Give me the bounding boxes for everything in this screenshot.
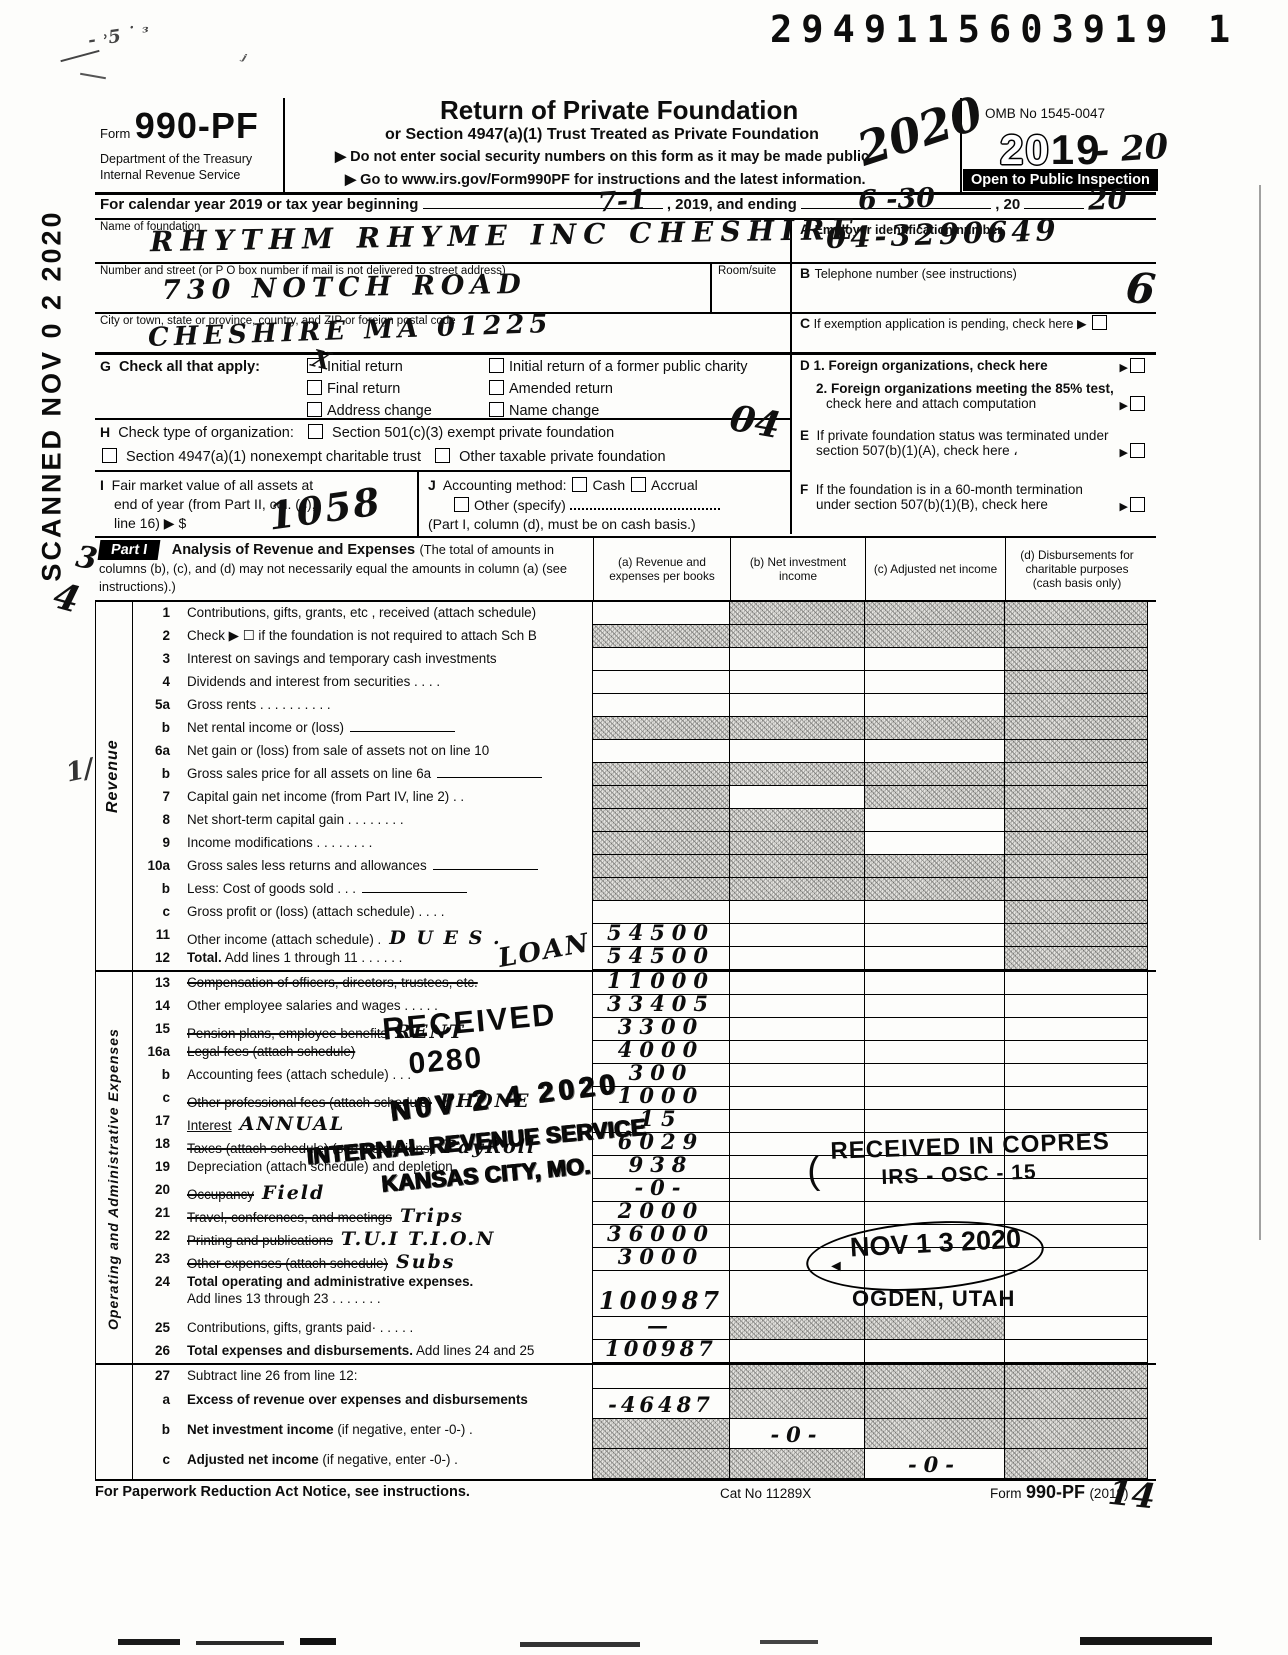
row-label: Dividends and interest from securities .… [187, 674, 440, 689]
amount-cell-c [865, 1340, 1005, 1363]
row-label-cell: Contributions, gifts, grants paid· . . .… [177, 1317, 593, 1340]
table-row: 9Income modifications . . . . . . . . [95, 832, 1156, 855]
amount-cell-d [1005, 1271, 1148, 1317]
row-number: 27 [133, 1365, 177, 1389]
amount-cell-a [593, 855, 730, 878]
barcode-number: 2949115603919 1 [770, 8, 1239, 51]
amount-cell-b [730, 901, 865, 924]
room-suite-label: Room/suite [718, 265, 776, 277]
amount-cell-c [865, 602, 1005, 625]
checkbox-final-return [307, 380, 322, 395]
row-number: b [133, 1419, 177, 1449]
dept-line1: Department of the Treasury [100, 152, 252, 168]
kc-stamp-code: 0280 [407, 1041, 484, 1081]
amount-cell-b: -0- [730, 1419, 865, 1449]
scan-artifact [196, 1641, 284, 1645]
amount-cell-a: 100987 [593, 1340, 730, 1363]
row-number: 15 [133, 1018, 177, 1041]
amount-cell-b [730, 740, 865, 763]
row-label-cell: Total expenses and disbursements. Add li… [177, 1340, 593, 1363]
form-number-block: Form 990-PF [100, 105, 259, 147]
h-opt2: Section 4947(a)(1) nonexempt charitable … [126, 449, 421, 465]
part1-col-header-d: (d) Disbursements for charitable purpose… [1005, 538, 1148, 600]
amount-cell-b [730, 1018, 865, 1041]
j-accrual: Accrual [651, 477, 698, 493]
d1-text: 1. Foreign organizations, check here [814, 358, 1048, 373]
amount-cell-d [1005, 947, 1148, 970]
amount-cell-b [730, 1179, 865, 1202]
handwritten-amount: 54500 [593, 920, 729, 945]
amount-cell-d [1005, 924, 1148, 947]
amount-cell-c [865, 717, 1005, 740]
handwritten-street: 730 NOTCH ROAD [162, 271, 527, 304]
handwritten-annotation: Subs [396, 1251, 456, 1273]
row-label-cell: Interest on savings and temporary cash i… [177, 648, 593, 671]
amount-cell-b [730, 855, 865, 878]
room-suite-divider [710, 262, 712, 312]
scan-artifact [1259, 185, 1261, 1240]
ogden-stamp-city: OGDEN, UTAH [852, 1286, 1015, 1312]
row-label-cell: Contributions, gifts, grants, etc , rece… [177, 602, 593, 625]
amount-cell-c [865, 1087, 1005, 1110]
row-label: Income modifications . . . . . . . . [187, 835, 372, 850]
amount-cell-a [593, 809, 730, 832]
table-row: bNet investment income (if negative, ent… [95, 1419, 1156, 1449]
row-label-cell: Less: Cost of goods sold . . . [177, 878, 593, 901]
part1-col-header-b: (b) Net investment income [730, 538, 865, 600]
row-label: (if negative, enter -0-) . [319, 1452, 458, 1467]
exemption-pending-checkbox [1092, 315, 1107, 330]
amount-cell-c [865, 1018, 1005, 1041]
handwritten-year-suffix: - 20 [1094, 129, 1169, 168]
amount-cell-c [865, 809, 1005, 832]
row-number: 3 [133, 648, 177, 671]
amount-cell-a [593, 740, 730, 763]
amount-cell-c [865, 786, 1005, 809]
amount-cell-b [730, 809, 865, 832]
g-option-final-return: Final return [305, 378, 432, 400]
section-letter-h: H [100, 424, 110, 440]
part1-col-header-c: (c) Adjusted net income [865, 538, 1005, 600]
row-label-cell: Total operating and administrative expen… [177, 1271, 593, 1317]
table-row: 5aGross rents . . . . . . . . . . [95, 694, 1156, 717]
amount-cell-c [865, 924, 1005, 947]
row-number: 26 [133, 1340, 177, 1363]
row-number: 8 [133, 809, 177, 832]
amount-cell-b [730, 1064, 865, 1087]
part1-title-cell: Part I Analysis of Revenue and Expenses … [95, 538, 593, 600]
handwritten-title-year: 2020 [852, 89, 988, 172]
row-label-lead: Total expenses and disbursements. [187, 1343, 413, 1358]
kc-received-stamp: RECEIVED 0280 N0V 2 4 2020 INTERNAL REVE… [286, 977, 734, 1244]
checkbox-address-change [307, 402, 322, 417]
amount-cell-c [865, 625, 1005, 648]
f-section: F If the foundation is in a 60-month ter… [800, 482, 1150, 513]
exemption-pending-line: C If exemption application is pending, c… [800, 315, 1112, 331]
d-line2: 2. Foreign organizations meeting the 85%… [800, 381, 1150, 411]
g-option-label: Address change [327, 403, 432, 419]
j-section: J Accounting method: Cash Accrual Other … [428, 476, 788, 535]
g-line: G Check all that apply: [100, 358, 260, 375]
row-label-cell: Gross profit or (loss) (attach schedule)… [177, 901, 593, 924]
side-label-expenses: Operating and Administrative Expenses [96, 964, 130, 1394]
amount-cell-b [730, 1365, 865, 1389]
amount-cell-d [1005, 1317, 1148, 1340]
table-row: 1Contributions, gifts, grants, etc , rec… [95, 602, 1156, 625]
calendar-suffix: , 20 [995, 196, 1020, 213]
amount-cell-a [593, 1365, 730, 1389]
handwritten-amount: -46487 [593, 1392, 729, 1417]
form-title: Return of Private Foundation [440, 95, 798, 126]
amount-cell-b [730, 786, 865, 809]
amount-cell-b [730, 1110, 865, 1133]
j-label: Accounting method: [443, 477, 567, 493]
amount-cell-c [865, 855, 1005, 878]
amount-cell-d [1005, 878, 1148, 901]
amount-cell-d [1005, 763, 1148, 786]
table-row: 7Capital gain net income (from Part IV, … [95, 786, 1156, 809]
checkbox-other-taxable [435, 448, 450, 463]
checkbox-85-test [1130, 396, 1145, 411]
row-number: c [133, 901, 177, 924]
checkbox-other-method [454, 497, 469, 512]
amount-cell-b [730, 947, 865, 970]
row-label: Net rental income or (loss) [187, 720, 344, 735]
row-label-cell: Capital gain net income (from Part IV, l… [177, 786, 593, 809]
part1-badge: Part I [98, 540, 161, 560]
row-number: 21 [133, 1202, 177, 1225]
row-label-cell: Net gain or (loss) from sale of assets n… [177, 740, 593, 763]
row-number: 7 [133, 786, 177, 809]
amount-cell-b [730, 1202, 865, 1225]
form-word: Form [100, 126, 130, 141]
exemption-pending-text: If exemption application is pending, che… [814, 317, 1087, 331]
amount-cell-d [1005, 1340, 1148, 1363]
amount-cell-d [1005, 855, 1148, 878]
amount-cell-d [1005, 832, 1148, 855]
amount-cell-a [593, 671, 730, 694]
j-cash: Cash [592, 477, 625, 493]
handwritten-c-mark: 6 [1124, 267, 1157, 312]
scan-artifact [300, 1638, 336, 1645]
row-number: 18 [133, 1133, 177, 1156]
open-to-public-badge: Open to Public Inspection [963, 169, 1158, 191]
handwritten-year-yy: 20 [1088, 185, 1128, 214]
amount-cell-c: -0- [865, 1449, 1005, 1479]
tax-year: 2019 [1000, 126, 1101, 174]
amount-cell-b [730, 972, 865, 995]
amount-cell-a [593, 1449, 730, 1479]
form-number: 990-PF [135, 105, 259, 146]
g-option-label: Initial return [327, 359, 403, 375]
amount-cell-a: 54500 [593, 947, 730, 970]
section-letter-c: C [800, 315, 810, 331]
row-label: Other income (attach schedule) . [187, 932, 381, 947]
paperwork-notice: For Paperwork Reduction Act Notice, see … [95, 1484, 470, 1500]
row-number: 2 [133, 625, 177, 648]
g-option-label: Initial return of a former public charit… [509, 359, 748, 375]
row-label: Add lines 1 through 11 . . . . . . [222, 950, 403, 965]
amount-cell-a [593, 878, 730, 901]
handwritten-left-mark: 1/ [64, 755, 96, 786]
j-other: Other (specify) [474, 497, 566, 513]
amount-cell-c [865, 1317, 1005, 1340]
table-row: bNet rental income or (loss) [95, 717, 1156, 740]
checkbox-initial-former [489, 358, 504, 373]
d2a-text: 2. Foreign organizations meeting the 85%… [816, 381, 1114, 396]
checkbox-4947 [102, 448, 117, 463]
row-label: Less: Cost of goods sold . . . [187, 881, 356, 896]
catalog-number: Cat No 11289X [720, 1486, 811, 1501]
row-label-cell: Adjusted net income (if negative, enter … [177, 1449, 593, 1479]
table-row: 4Dividends and interest from securities … [95, 671, 1156, 694]
row-label-cell: Net investment income (if negative, ente… [177, 1419, 593, 1449]
row-label-cell: Subtract line 26 from line 12: [177, 1365, 593, 1389]
row-label: Interest [187, 1118, 232, 1133]
scan-artifact [520, 1642, 640, 1647]
scan-artifact [1080, 1637, 1212, 1645]
row-side-strip [95, 1419, 133, 1449]
amount-cell-a [593, 832, 730, 855]
handwritten-amount: 54500 [593, 943, 729, 968]
i-line3: line 16) ▶ $ [100, 515, 186, 531]
amount-cell-a [593, 1419, 730, 1449]
amount-cell-d [1005, 901, 1148, 924]
table-row: bLess: Cost of goods sold . . . [95, 878, 1156, 901]
phone-label-text: Telephone number (see instructions) [815, 267, 1017, 281]
scan-artifact [60, 50, 99, 62]
checkbox-name-change [489, 402, 504, 417]
amount-cell-c [865, 1419, 1005, 1449]
row-number: a [133, 1389, 177, 1419]
section-letter-j: J [428, 477, 436, 493]
row-number: 22 [133, 1225, 177, 1248]
g-label: Check all that apply: [119, 359, 260, 375]
table-row: 6aNet gain or (loss) from sale of assets… [95, 740, 1156, 763]
amount-cell-a [593, 648, 730, 671]
row-number: 11 [133, 924, 177, 947]
amount-cell-c [865, 972, 1005, 995]
ij-divider [417, 470, 419, 536]
rule [95, 418, 792, 420]
bullet-no-ssn: ▶ Do not enter social security numbers o… [335, 149, 869, 165]
row-label-cell: Gross rents . . . . . . . . . . [177, 694, 593, 717]
amount-cell-b [730, 763, 865, 786]
row-number: b [133, 878, 177, 901]
row-label-line2: Add lines 13 through 23 . . . . . . . [187, 1289, 590, 1306]
row-label: Compensation of officers, directors, tru… [187, 975, 478, 990]
amount-cell-b [730, 717, 865, 740]
dept-block: Department of the Treasury Internal Reve… [100, 152, 252, 183]
amount-cell-a [593, 625, 730, 648]
table-row: 10aGross sales less returns and allowanc… [95, 855, 1156, 878]
row-label: Contributions, gifts, grants, etc , rece… [187, 605, 536, 620]
h-line1: H Check type of organization: Section 50… [100, 424, 614, 441]
row-number: 1 [133, 602, 177, 625]
corres-stamp-paren: ( [806, 1150, 820, 1193]
amount-cell-b [730, 625, 865, 648]
amount-cell-c [865, 1365, 1005, 1389]
section-letter-b: B [800, 265, 810, 281]
row-number: 6a [133, 740, 177, 763]
scanned-stamp: SCANNED NOV 0 2 2020 [37, 171, 68, 621]
g-options-col2: Initial return of a former public charit… [487, 356, 748, 422]
amount-cell-d [1005, 1389, 1148, 1419]
write-in-line [362, 892, 467, 893]
amount-cell-d [1005, 1365, 1148, 1389]
amount-cell-b [730, 995, 865, 1018]
amount-cell-d [1005, 671, 1148, 694]
row-label-cell: Other expenses (attach schedule)Subs [177, 1248, 593, 1271]
row-label: Gross sales less returns and allowances [187, 858, 427, 873]
row-label: Net gain or (loss) from sale of assets n… [187, 743, 489, 758]
row-number: 4 [133, 671, 177, 694]
section-letter-i: I [100, 477, 104, 493]
row-label-cell: Compensation of officers, directors, tru… [177, 972, 593, 995]
handwritten-scribble1: - ˒5 ˙ ᵌ [87, 24, 151, 50]
amount-cell-a [593, 602, 730, 625]
row-number: c [133, 1087, 177, 1110]
row-number: 24 [133, 1271, 177, 1317]
checkbox-accrual [631, 477, 646, 492]
footer-form-number: 990-PF [1026, 1482, 1085, 1502]
side-label-revenue: Revenue [96, 626, 130, 926]
row-label: Other expenses (attach schedule) [187, 1256, 388, 1271]
write-in-line [350, 731, 455, 732]
section-letter-d: D [800, 358, 810, 373]
table-row: 2Check ▶ ☐ if the foundation is not requ… [95, 625, 1156, 648]
amount-cell-d [1005, 602, 1148, 625]
calendar-year-line: For calendar year 2019 or tax year begin… [100, 196, 1084, 213]
amount-cell-b [730, 648, 865, 671]
amount-cell-b [730, 1340, 865, 1363]
section-letter-g: G [100, 358, 111, 374]
row-side-strip [95, 1449, 133, 1479]
amount-cell-d [1005, 995, 1148, 1018]
g-option-label: Amended return [509, 381, 613, 397]
d2b-text: check here and attach computation [816, 396, 1036, 411]
table-row: 3Interest on savings and temporary cash … [95, 648, 1156, 671]
j-note: (Part I, column (d), must be on cash bas… [428, 516, 696, 532]
amount-cell-b [730, 694, 865, 717]
row-label-cell: Gross sales price for all assets on line… [177, 763, 593, 786]
section-letter-f: F [800, 482, 808, 497]
h-opt3: Other taxable private foundation [459, 449, 665, 465]
row-label: Add lines 24 and 25 [413, 1343, 534, 1358]
row-number: c [133, 1449, 177, 1479]
amount-cell-d [1005, 1087, 1148, 1110]
row-number: 19 [133, 1156, 177, 1179]
row-number: 17 [133, 1110, 177, 1133]
amount-cell-c [865, 694, 1005, 717]
row-side-strip [95, 924, 133, 947]
row-number: 10a [133, 855, 177, 878]
amount-cell-c [865, 648, 1005, 671]
phone-label: B Telephone number (see instructions) [800, 265, 1017, 283]
scan-artifact [118, 1639, 180, 1645]
amount-cell-c [865, 1064, 1005, 1087]
write-in-line [433, 869, 538, 870]
row-label-cell: Income modifications . . . . . . . . [177, 832, 593, 855]
rule [95, 262, 1156, 264]
row-label-lead: Total operating and administrative expen… [187, 1274, 473, 1289]
amount-cell-b [730, 602, 865, 625]
amount-cell-c [865, 671, 1005, 694]
amount-cell-c [865, 947, 1005, 970]
omb-number: OMB No 1545-0047 [985, 106, 1105, 121]
handwritten-amount: 36000 [593, 1221, 729, 1246]
checkbox-501c3 [308, 424, 323, 439]
handwritten-annotation: D U E S . [389, 927, 501, 949]
amount-cell-d [1005, 1202, 1148, 1225]
handwritten-ein: 04-3290649 [826, 216, 1061, 253]
end-year-field [1024, 208, 1084, 209]
amount-cell-d [1005, 1018, 1148, 1041]
amount-cell-b [730, 924, 865, 947]
form-col-divider [283, 98, 285, 192]
write-in-line [437, 777, 542, 778]
amount-cell-c [865, 901, 1005, 924]
row-label: Gross profit or (loss) (attach schedule)… [187, 904, 444, 919]
amount-cell-b [730, 1389, 865, 1419]
row-label-cell: Dividends and interest from securities .… [177, 671, 593, 694]
row-number: 14 [133, 995, 177, 1018]
checkbox-amended-return [489, 380, 504, 395]
part1-col-header-a: (a) Revenue and expenses per books [593, 538, 730, 600]
amount-cell-d [1005, 648, 1148, 671]
row-label: Gross sales price for all assets on line… [187, 766, 431, 781]
row-number: b [133, 763, 177, 786]
amount-cell-c [865, 763, 1005, 786]
amount-cell-d [1005, 809, 1148, 832]
amount-cell-d [1005, 717, 1148, 740]
amount-cell-d [1005, 786, 1148, 809]
amount-cell-a: 100987 [593, 1271, 730, 1317]
handwritten-scribble2: ʲ [237, 52, 247, 69]
checkbox-60-month [1130, 497, 1145, 512]
checkbox-cash [572, 477, 587, 492]
table-row: 26Total expenses and disbursements. Add … [95, 1340, 1156, 1363]
f-line2: under section 507(b)(1)(B), check here [800, 497, 1048, 512]
h-line2: Section 4947(a)(1) nonexempt charitable … [100, 448, 666, 465]
amount-cell-c [865, 878, 1005, 901]
amount-cell-a [593, 717, 730, 740]
e-line2: section 507(b)(1)(A), check here ، [800, 443, 1018, 458]
g-option-amended-return: Amended return [487, 378, 748, 400]
dept-line2: Internal Revenue Service [100, 168, 252, 184]
amount-cell-c [865, 1110, 1005, 1133]
checkbox-status-terminated [1130, 443, 1145, 458]
g-option-initial-former: Initial return of a former public charit… [487, 356, 748, 378]
row-label: (if negative, enter -0-) . [334, 1422, 473, 1437]
amount-cell-c [865, 1389, 1005, 1419]
calendar-mid: , 2019, and ending [667, 196, 797, 213]
amount-cell-a [593, 763, 730, 786]
row-label: Occupancy [187, 1187, 254, 1202]
h-opt1: Section 501(c)(3) exempt private foundat… [332, 425, 614, 441]
amount-cell-c [865, 1041, 1005, 1064]
amount-cell-d [1005, 1419, 1148, 1449]
row-number: 5a [133, 694, 177, 717]
amount-cell-d [1005, 694, 1148, 717]
form-subtitle: or Section 4947(a)(1) Trust Treated as P… [385, 126, 819, 144]
row-label-lead: Total. [187, 950, 222, 965]
h-label: Check type of organization: [118, 425, 294, 441]
amount-cell-d [1005, 1041, 1148, 1064]
row-number: 16a [133, 1041, 177, 1064]
g-option-label: Final return [327, 381, 400, 397]
row-label: Check ▶ ☐ if the foundation is not requi… [187, 628, 537, 643]
